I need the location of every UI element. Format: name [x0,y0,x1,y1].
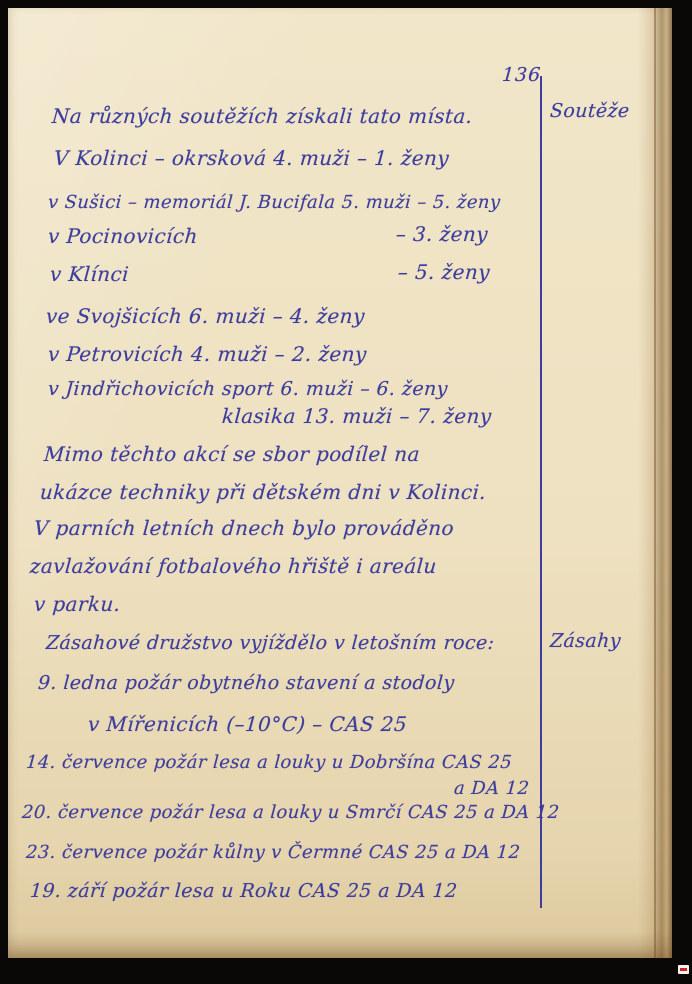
handwritten-line: 19. září požár lesa u Roku CAS 25 a DA 1… [29,880,458,902]
margin-note-competitions: Soutěže [549,100,630,122]
handwritten-line: 14. července požár lesa a louky u Dobrší… [25,752,513,773]
handwritten-line: a DA 12 [453,778,530,799]
handwritten-line: v parku. [33,592,121,616]
page-edge-crease [654,8,656,958]
handwritten-line: Na různých soutěžích získali tato místa. [51,104,473,128]
handwritten-line: v Mířenicích (–10°C) – CAS 25 [87,712,408,736]
margin-note-interventions: Zásahy [549,630,622,652]
scan-artifact-icon [678,965,689,974]
margin-rule-line [540,76,542,908]
handwritten-line: 23. července požár kůlny v Čermné CAS 25… [25,842,521,863]
handwritten-line: v Sušici – memoriál J. Bucifala 5. muži … [47,192,501,213]
page-number: 136 [501,64,542,86]
handwritten-line: 9. ledna požár obytného stavení a stodol… [37,672,455,694]
handwritten-line: – 3. ženy [395,222,489,246]
handwritten-line: Zásahové družstvo vyjíždělo v letošním r… [45,632,495,654]
handwritten-line: ukázce techniky při dětském dni v Kolinc… [39,480,487,504]
handwritten-line: – 5. ženy [397,260,491,284]
handwritten-line: V parních letních dnech bylo prováděno [33,516,455,540]
scanned-chronicle-page: 136 Soutěže Zásahy Na různých soutěžích … [0,0,692,984]
handwritten-line: Mimo těchto akcí se sbor podílel na [43,442,421,466]
handwritten-line: v Petrovicích 4. muži – 2. ženy [47,342,367,366]
handwritten-line: V Kolinci – okrsková 4. muži – 1. ženy [53,146,450,170]
bottom-edge-shadow [8,932,672,958]
handwritten-line: zavlažování fotbalového hřiště i areálu [29,554,437,578]
handwritten-line: ve Svojšicích 6. muži – 4. ženy [45,304,365,328]
paper-sheet: 136 Soutěže Zásahy Na různých soutěžích … [8,8,672,958]
handwritten-line: v Jindřichovicích sport 6. muži – 6. žen… [47,378,448,400]
handwritten-line: v Klínci [49,262,130,286]
handwritten-line: v Pocinovicích [47,224,199,248]
handwritten-line: 20. července požár lesa a louky u Smrčí … [21,802,560,823]
handwritten-line: klasika 13. muži – 7. ženy [221,404,492,428]
